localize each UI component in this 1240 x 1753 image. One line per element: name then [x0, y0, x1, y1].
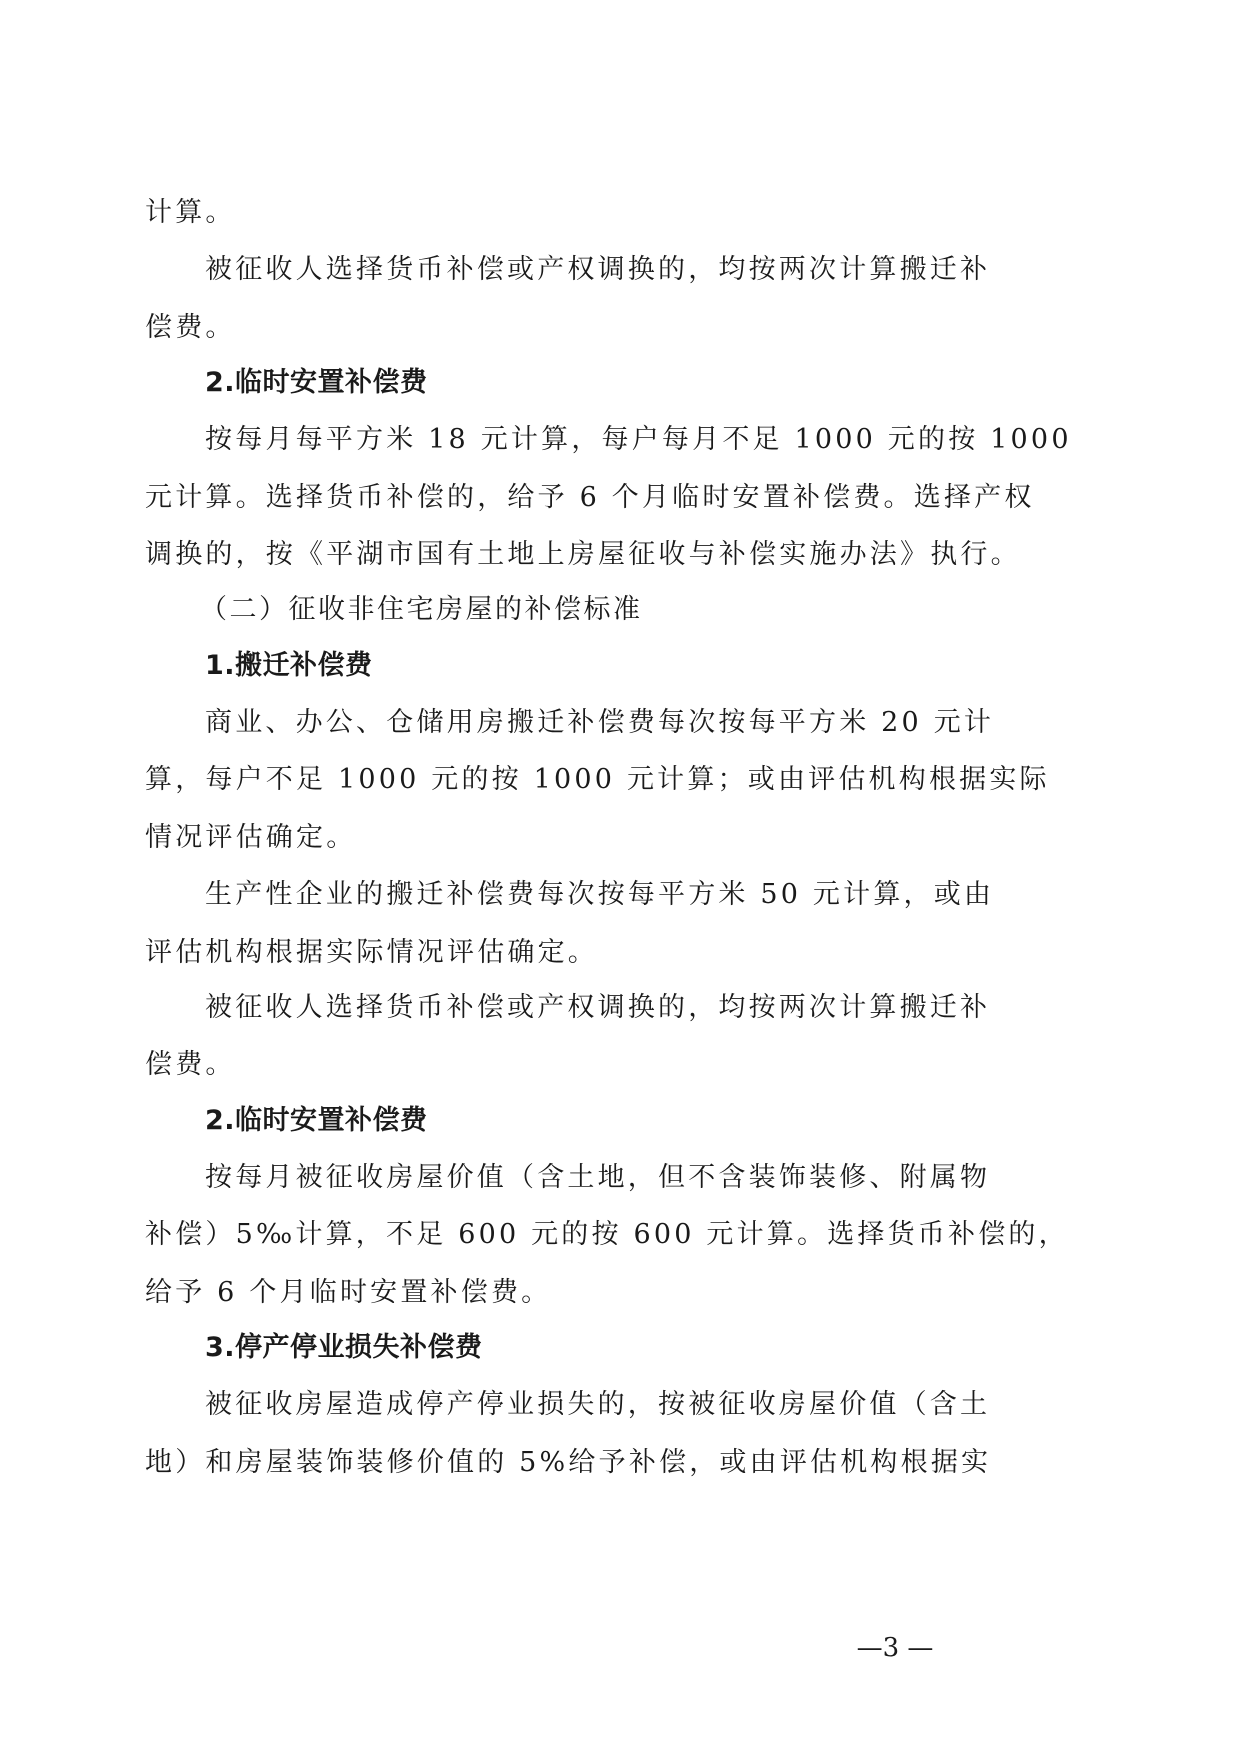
paragraph-line: 按每月每平方米 18 元计算，每户每月不足 1000 元的按 1000 [205, 422, 967, 458]
paragraph-line: 地）和房屋装饰装修价值的 5%给予补偿，或由评估机构根据实 [145, 1445, 967, 1481]
paragraph-line: 情况评估确定。 [145, 820, 967, 856]
paragraph-line: 计算。 [145, 195, 967, 231]
section-heading: 1.搬迁补偿费 [205, 648, 967, 684]
paragraph-line: 生产性企业的搬迁补偿费每次按每平方米 50 元计算，或由 [205, 877, 967, 913]
paragraph-line: 偿费。 [145, 310, 967, 346]
paragraph-line: 偿费。 [145, 1047, 967, 1083]
paragraph-line: 元计算。选择货币补偿的，给予 6 个月临时安置补偿费。选择产权 [145, 480, 967, 516]
page-number: —3 — [840, 1632, 950, 1664]
paragraph-line: 算，每户不足 1000 元的按 1000 元计算；或由评估机构根据实际 [145, 762, 967, 798]
paragraph-line: 被征收房屋造成停产停业损失的，按被征收房屋价值（含土 [205, 1387, 967, 1423]
paragraph-line: 调换的，按《平湖市国有土地上房屋征收与补偿实施办法》执行。 [145, 537, 967, 573]
paragraph-line: 按每月被征收房屋价值（含土地，但不含装饰装修、附属物 [205, 1160, 967, 1196]
document-page: 计算。 被征收人选择货币补偿或产权调换的，均按两次计算搬迁补 偿费。 2.临时安… [0, 0, 1240, 1753]
paragraph-line: 评估机构根据实际情况评估确定。 [145, 935, 967, 971]
paragraph-line: 补偿）5‰计算，不足 600 元的按 600 元计算。选择货币补偿的， [145, 1217, 967, 1253]
paragraph-line: 给予 6 个月临时安置补偿费。 [145, 1275, 967, 1311]
chapter-subheading: （二）征收非住宅房屋的补偿标准 [200, 592, 1022, 628]
section-heading: 2.临时安置补偿费 [205, 365, 967, 401]
section-heading: 2.临时安置补偿费 [205, 1103, 967, 1139]
paragraph-line: 商业、办公、仓储用房搬迁补偿费每次按每平方米 20 元计 [205, 705, 967, 741]
paragraph-line: 被征收人选择货币补偿或产权调换的，均按两次计算搬迁补 [205, 252, 967, 288]
section-heading: 3.停产停业损失补偿费 [205, 1330, 967, 1366]
paragraph-line: 被征收人选择货币补偿或产权调换的，均按两次计算搬迁补 [205, 990, 967, 1026]
